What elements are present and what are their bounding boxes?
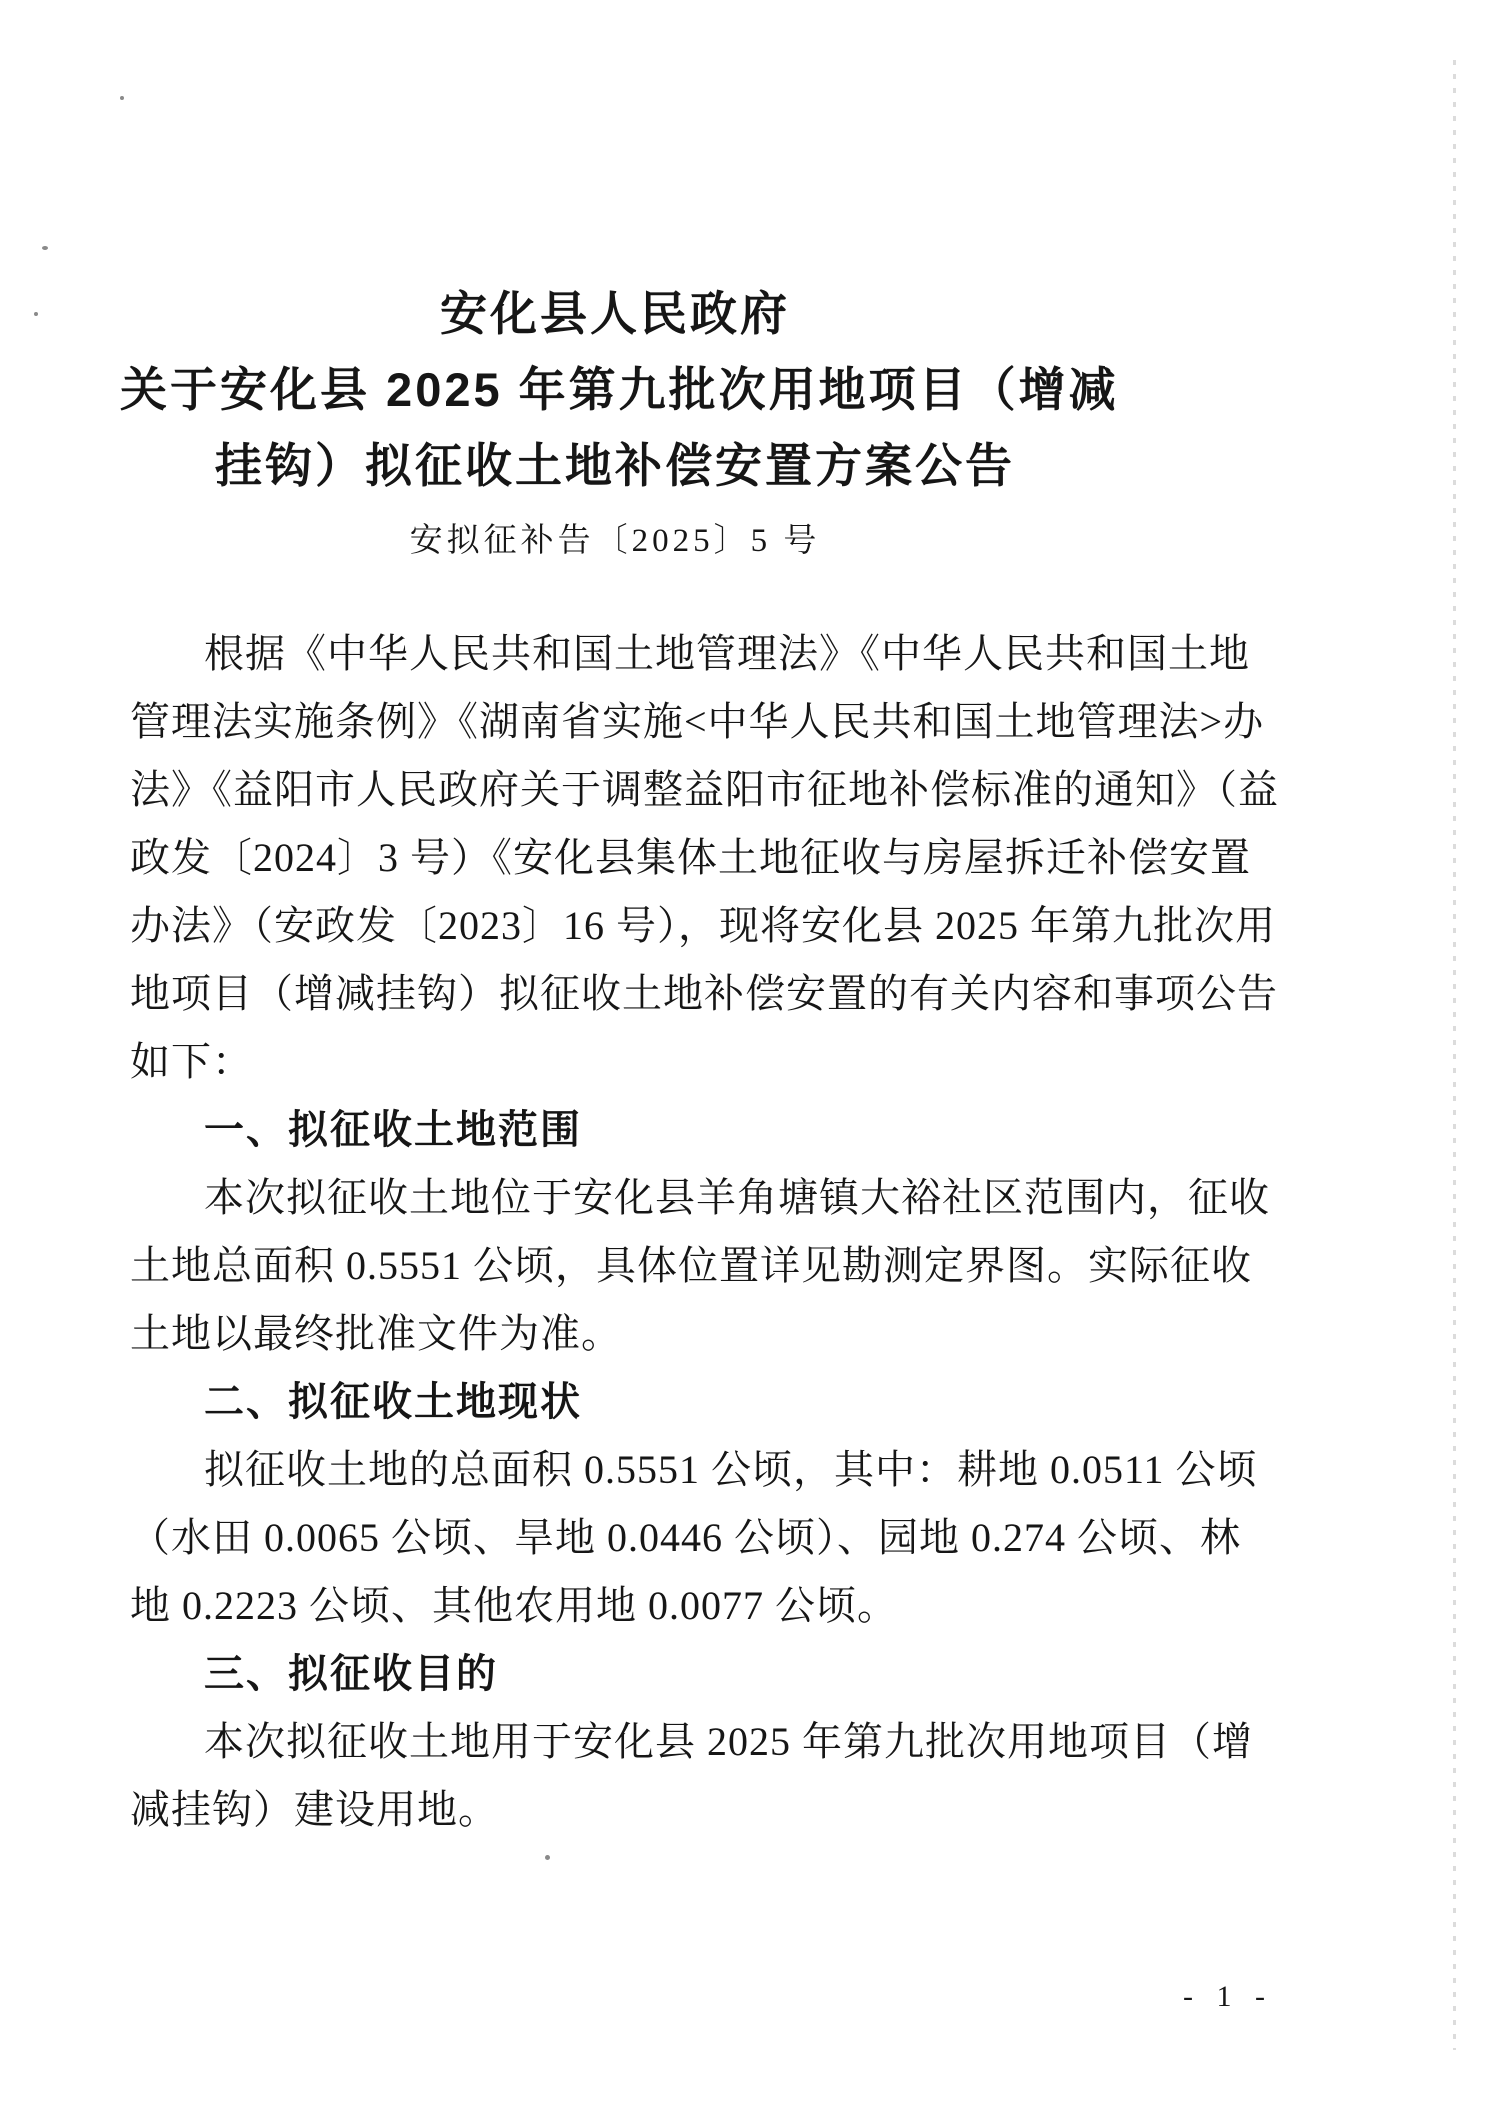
document-title-line-1: 安化县人民政府 [120,276,1110,352]
section-heading: 一、拟征收土地范围 [130,1096,1250,1164]
paragraph-line: 地项目（增减挂钩）拟征收土地补偿安置的有关内容和事项公告 [130,960,1250,1028]
paragraph-line: 如下： [130,1028,1250,1096]
paragraph-line: 本次拟征收土地用于安化县 2025 年第九批次用地项目（增 [130,1708,1250,1776]
document-title-line-2: 关于安化县 2025 年第九批次用地项目（增减 [120,352,1110,428]
section-heading: 三、拟征收目的 [130,1640,1250,1708]
scan-speck [42,246,48,250]
paragraph-line: 管理法实施条例》《湖南省实施<中华人民共和国土地管理法>办 [130,688,1250,756]
document-title-line-3: 挂钩）拟征收土地补偿安置方案公告 [120,428,1110,504]
scan-artifact-right-edge [1453,60,1456,2050]
paragraph-line: 土地以最终批准文件为准。 [130,1300,1250,1368]
paragraph-line: 法》《益阳市人民政府关于调整益阳市征地补偿标准的通知》（益 [130,756,1250,824]
paragraph-line: 拟征收土地的总面积 0.5551 公顷，其中：耕地 0.0511 公顷 [130,1436,1250,1504]
document-body: 根据《中华人民共和国土地管理法》《中华人民共和国土地管理法实施条例》《湖南省实施… [130,620,1250,1844]
paragraph-line: 根据《中华人民共和国土地管理法》《中华人民共和国土地 [130,620,1250,688]
paragraph-line: 政发〔2024〕3 号）《安化县集体土地征收与房屋拆迁补偿安置 [130,824,1250,892]
paragraph-line: 本次拟征收土地位于安化县羊角塘镇大裕社区范围内，征收 [130,1164,1250,1232]
paragraph-line: 办法》（安政发〔2023〕16 号），现将安化县 2025 年第九批次用 [130,892,1250,960]
scan-speck [545,1855,550,1860]
document-header: 安化县人民政府 关于安化县 2025 年第九批次用地项目（增减 挂钩）拟征收土地… [120,276,1240,562]
paragraph-line: 减挂钩）建设用地。 [130,1776,1250,1844]
scan-speck [34,312,38,316]
document-page: 安化县人民政府 关于安化县 2025 年第九批次用地项目（增减 挂钩）拟征收土地… [0,0,1488,2104]
page-number: - 1 - [1183,1980,1273,2014]
paragraph-line: （水田 0.0065 公顷、旱地 0.0446 公顷）、园地 0.274 公顷、… [130,1504,1250,1572]
document-number: 安拟征补告〔2025〕5 号 [120,520,1110,562]
paragraph-line: 地 0.2223 公顷、其他农用地 0.0077 公顷。 [130,1572,1250,1640]
paragraph-line: 土地总面积 0.5551 公顷，具体位置详见勘测定界图。实际征收 [130,1232,1250,1300]
section-heading: 二、拟征收土地现状 [130,1368,1250,1436]
scan-speck [120,96,124,100]
